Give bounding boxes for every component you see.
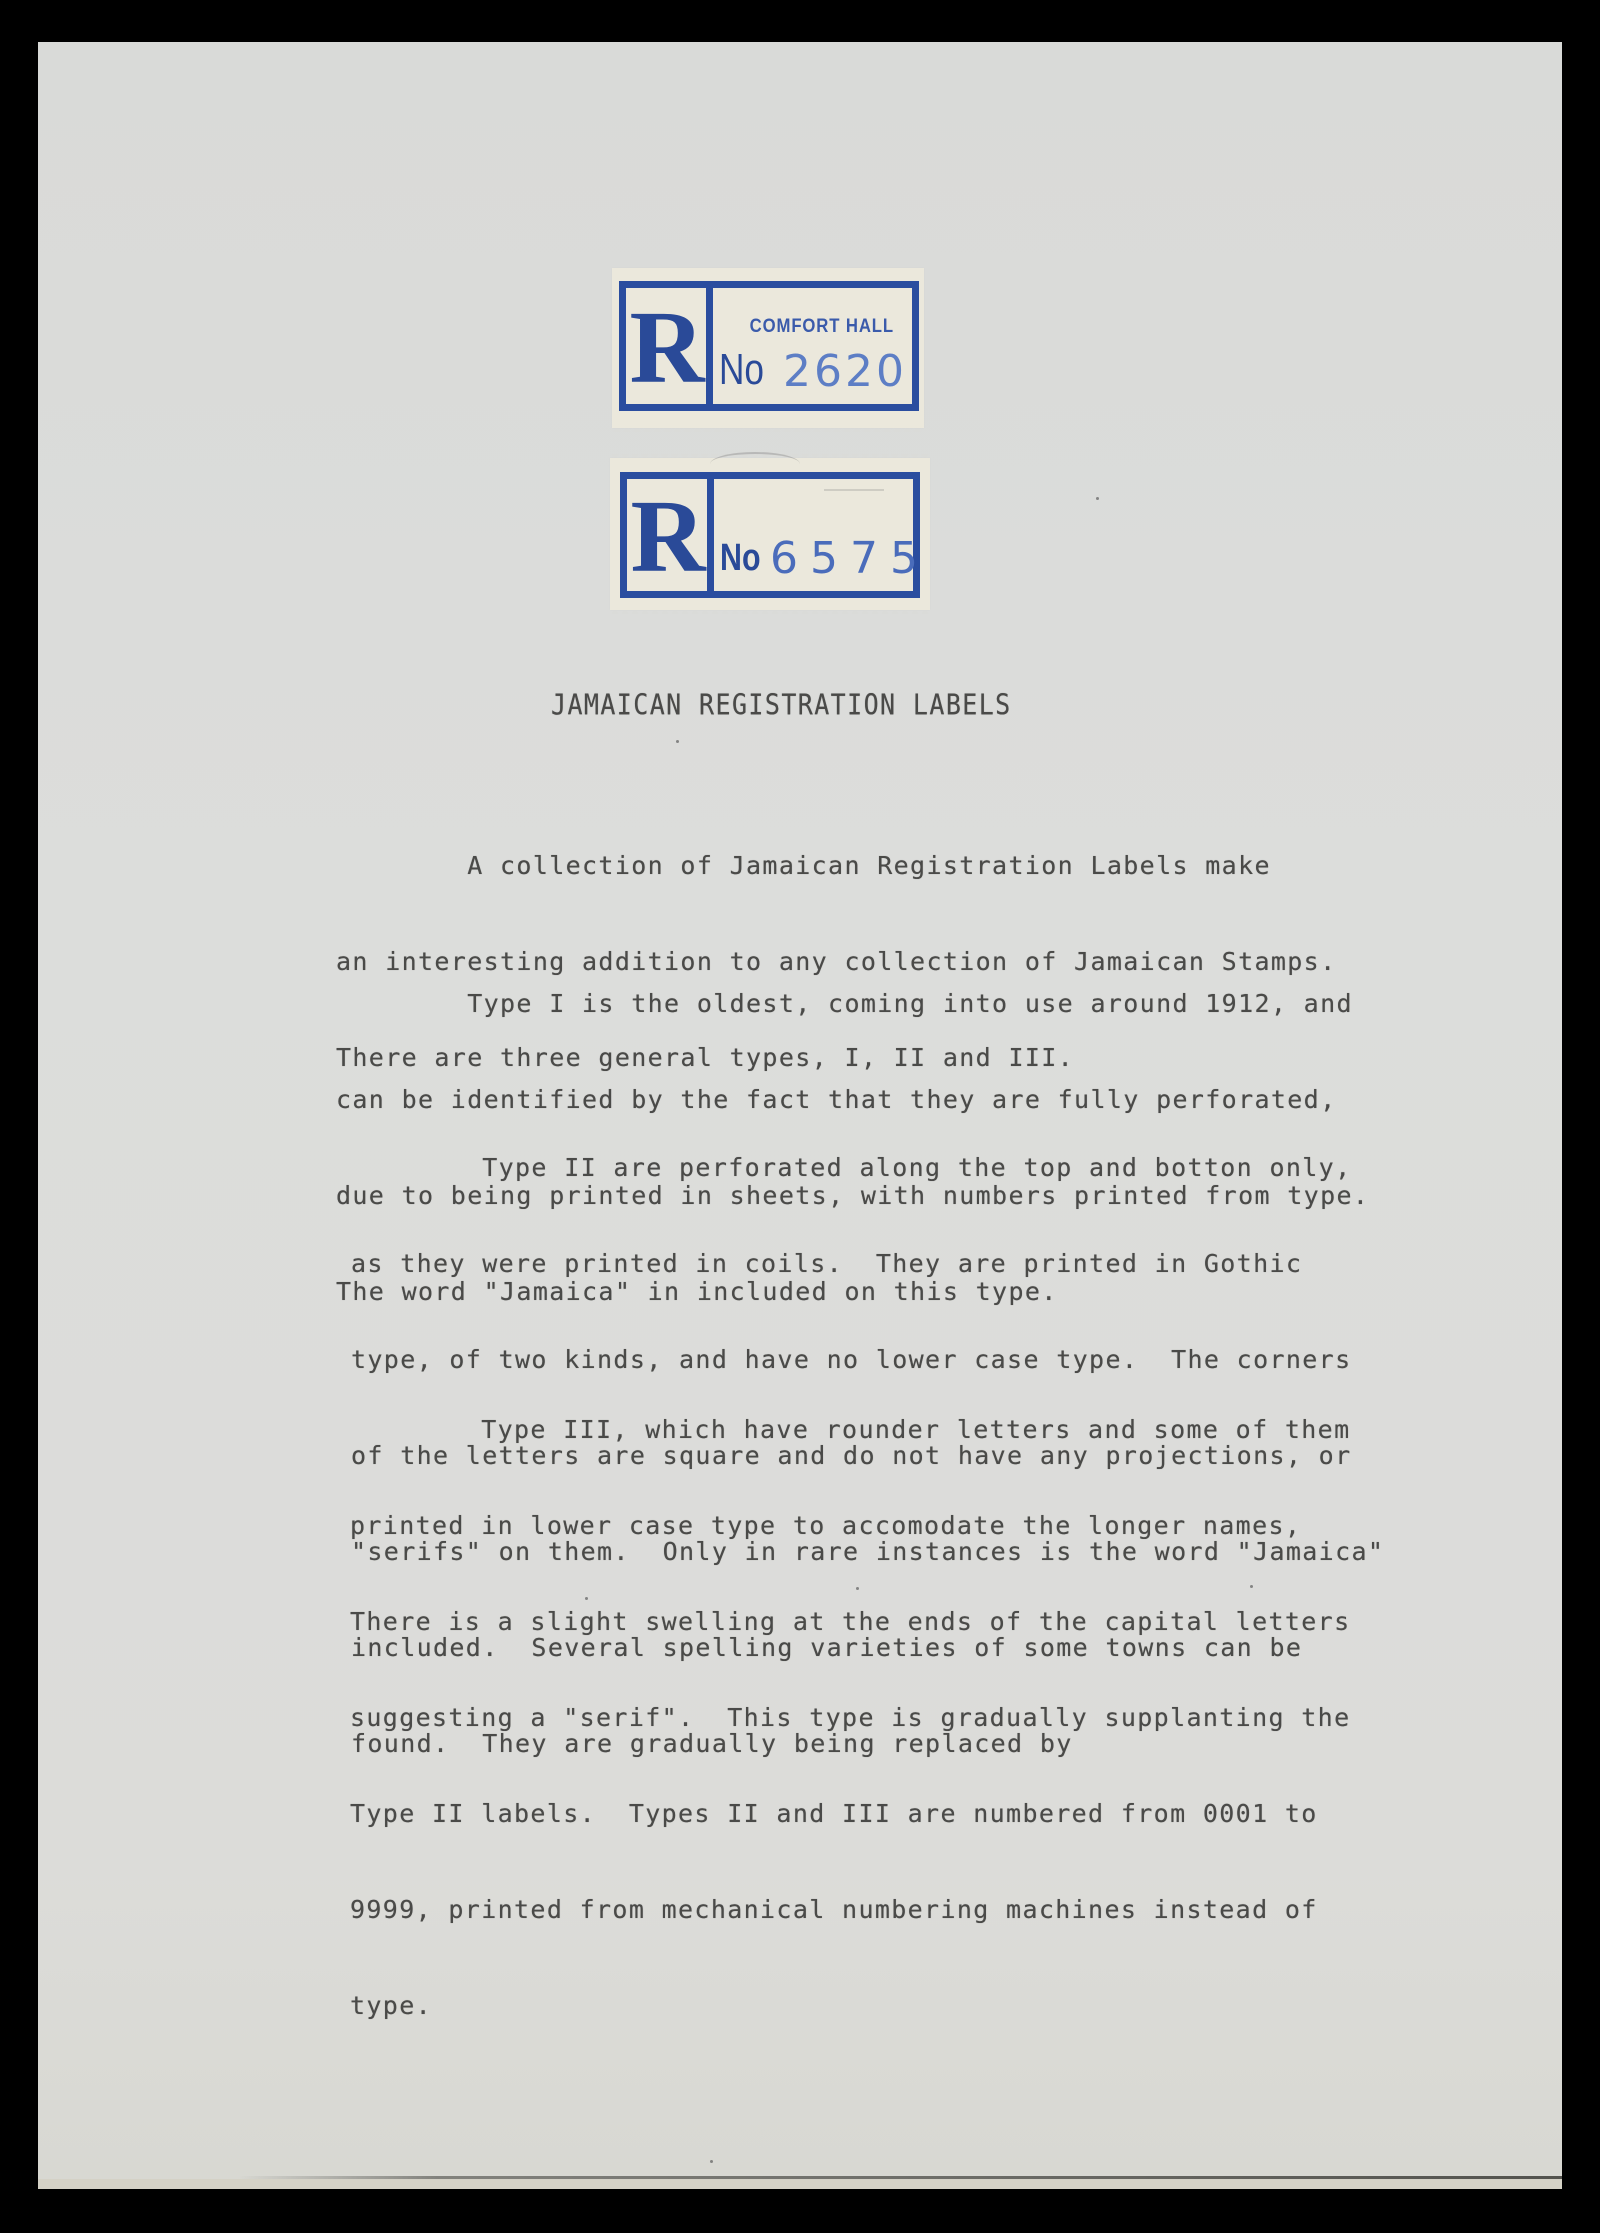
postmark-mark [824, 489, 884, 491]
number-prefix: No [720, 539, 761, 577]
label-info-box: No 6575 [714, 479, 913, 591]
label-info-box: COMFORT HALL No 2620 [713, 288, 912, 404]
ink-speck [710, 2160, 713, 2163]
text-line: 9999, printed from mechanical numbering … [350, 1894, 1350, 1926]
paragraph-type-iii: Type III, which have rounder letters and… [350, 1350, 1350, 2086]
text-line: There is a slight swelling at the ends o… [350, 1606, 1350, 1638]
r-box: R [627, 479, 714, 591]
ink-speck [676, 740, 679, 743]
page-title: JAMAICAN REGISTRATION LABELS [551, 688, 1012, 721]
text-line: Type II labels. Types II and III are num… [350, 1798, 1350, 1830]
town-name: COMFORT HALL [750, 316, 894, 338]
page-bottom-edge [38, 2179, 1562, 2189]
text-line: suggesting a "serif". This type is gradu… [350, 1702, 1350, 1734]
label-frame: R No 6575 [620, 472, 920, 598]
perforation-edge [612, 424, 924, 432]
label-frame: R COMFORT HALL No 2620 [619, 281, 919, 411]
text-line: Type I is the oldest, coming into use ar… [336, 988, 1369, 1020]
ink-speck [1096, 497, 1099, 500]
registered-r-glyph: R [630, 485, 703, 589]
text-line: as they were printed in coils. They are … [351, 1248, 1384, 1280]
registration-label-comfort-hall: R COMFORT HALL No 2620 [612, 268, 924, 428]
album-page: R COMFORT HALL No 2620 R No 6575 JAM [38, 42, 1562, 2189]
registration-number: 2620 [783, 350, 907, 394]
text-line: A collection of Jamaican Registration La… [336, 850, 1336, 882]
perforation-edge [610, 606, 930, 614]
text-line: Type II are perforated along the top and… [351, 1152, 1384, 1184]
text-line: printed in lower case type to accomodate… [350, 1510, 1350, 1542]
number-prefix: No [719, 348, 764, 392]
registered-r-glyph: R [629, 296, 702, 400]
registration-label-6575: R No 6575 [610, 458, 930, 610]
text-line: type. [350, 1990, 1350, 2022]
text-line: Type III, which have rounder letters and… [350, 1414, 1350, 1446]
r-box: R [626, 288, 713, 404]
registration-number: 6575 [770, 537, 930, 581]
page-bottom-shadow-line [238, 2176, 1562, 2179]
